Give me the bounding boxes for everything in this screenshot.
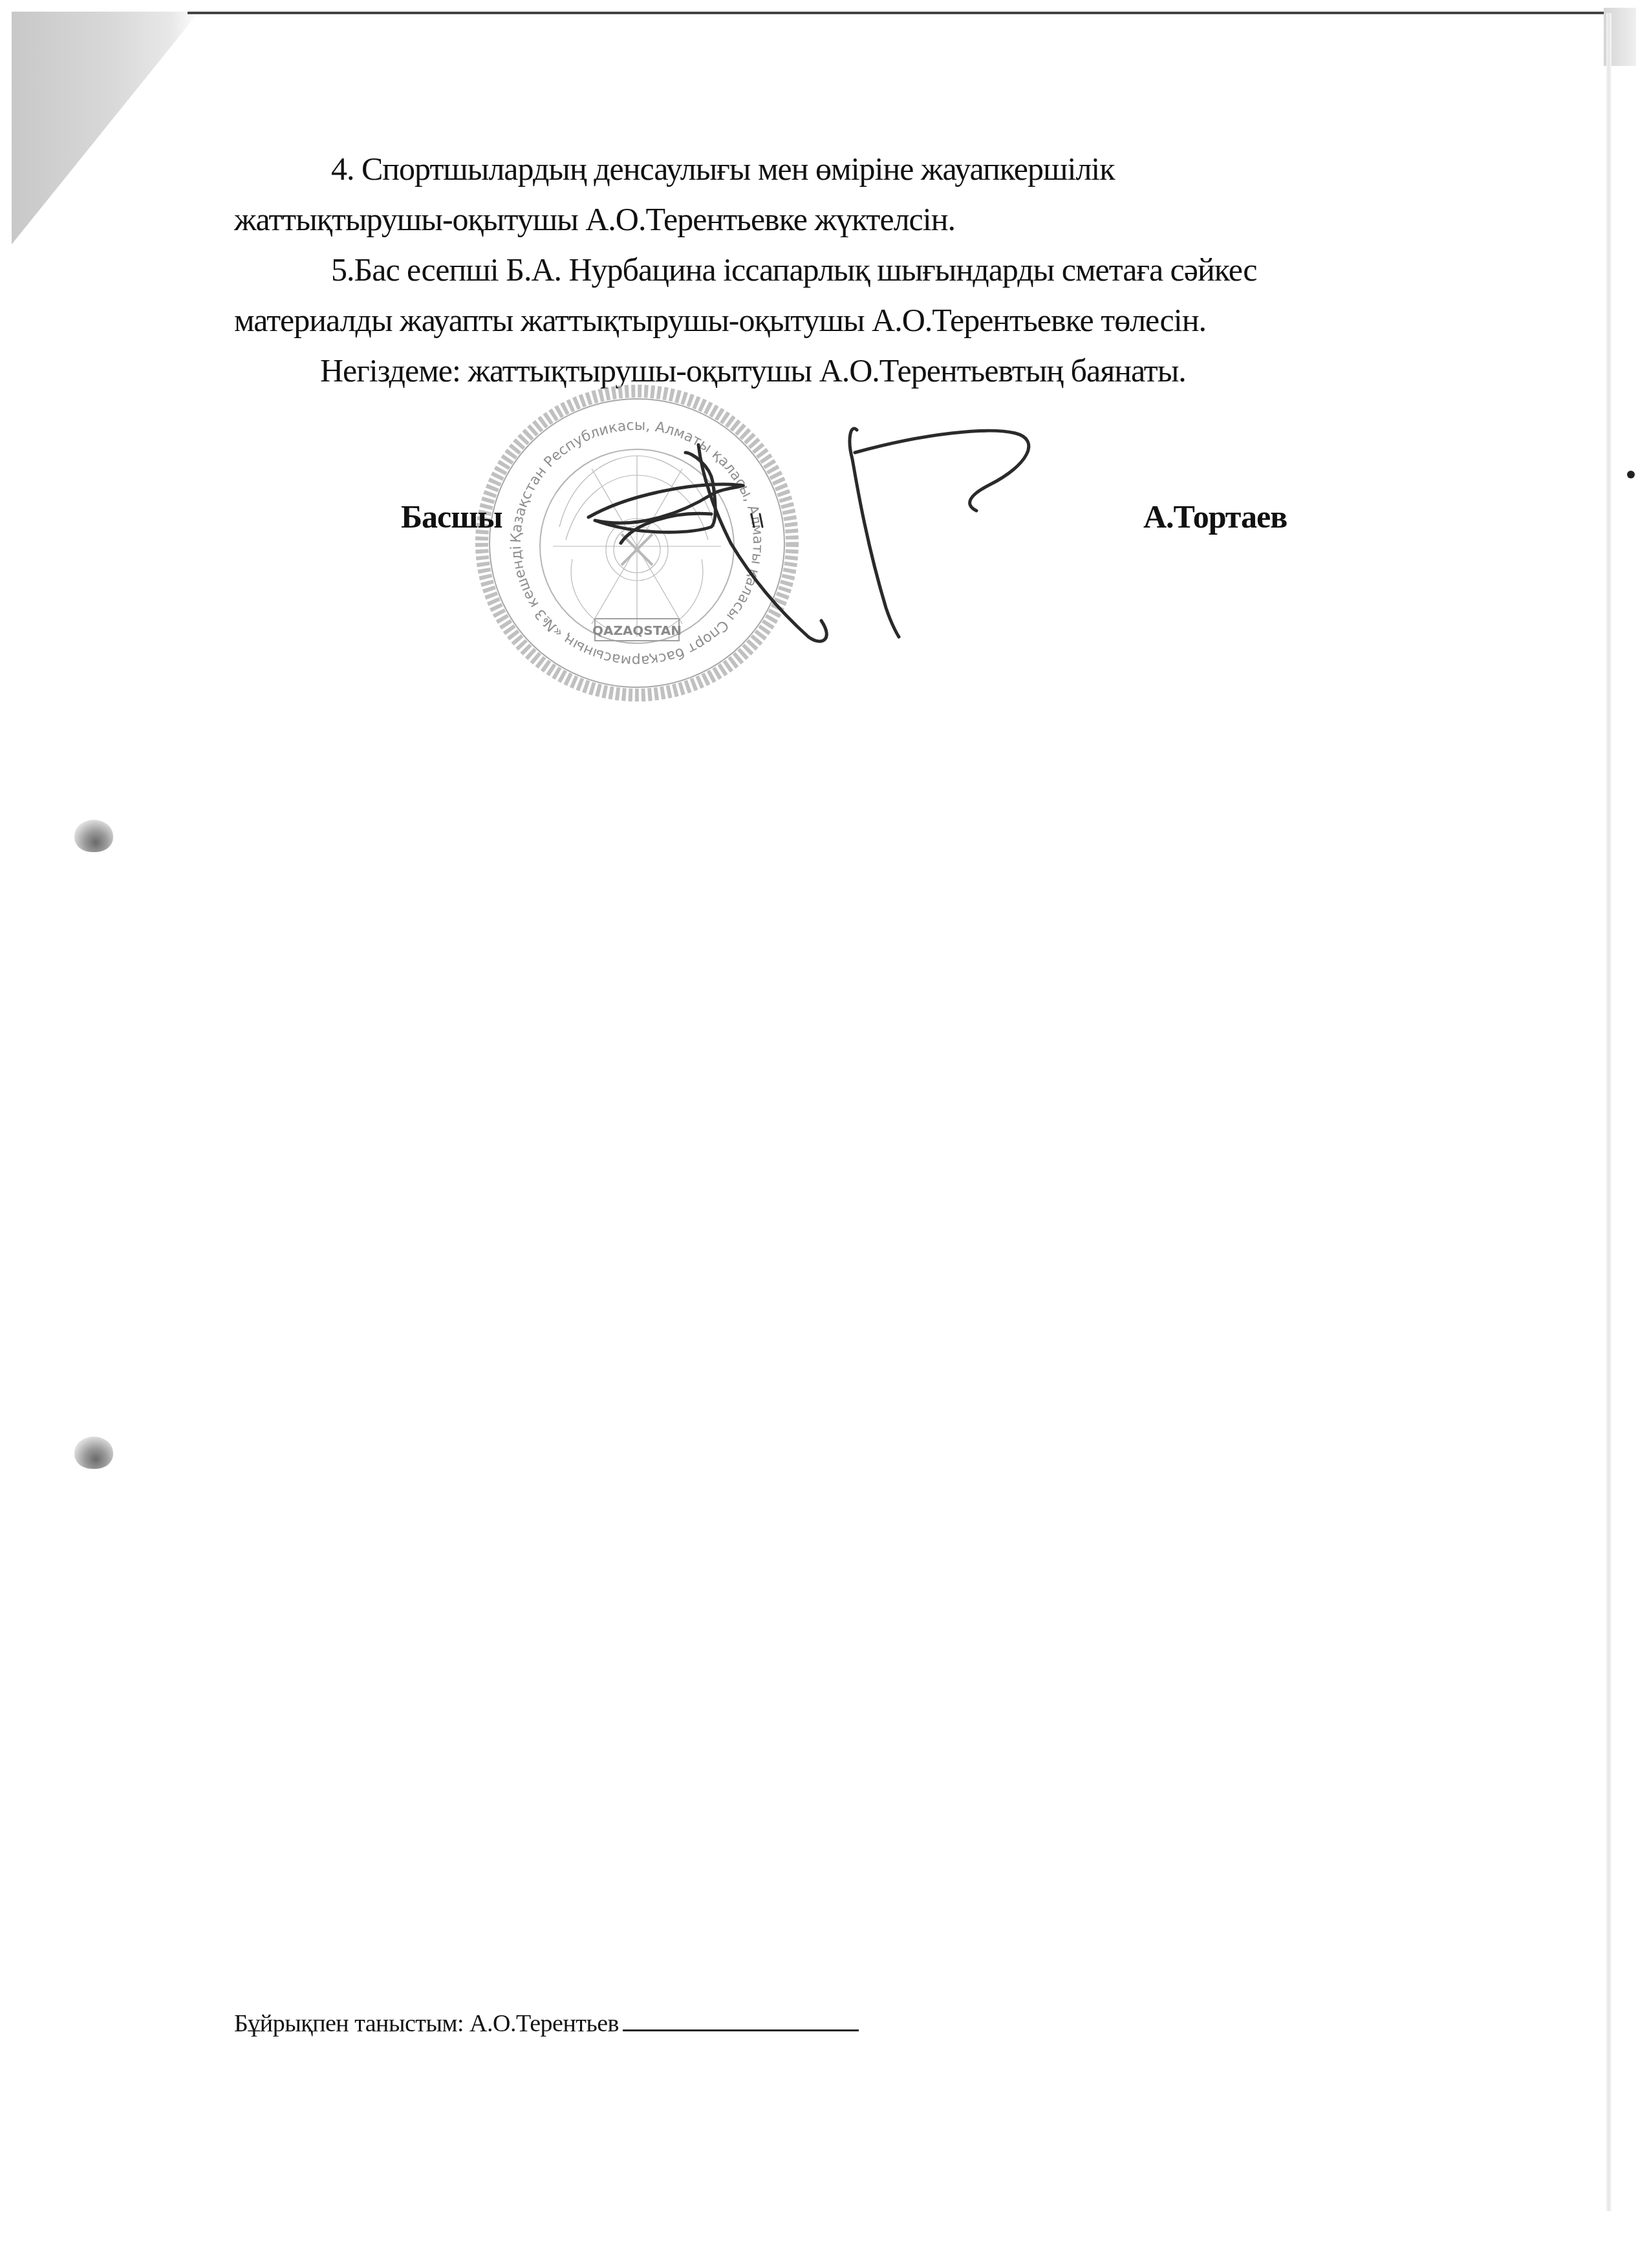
scan-right-edge (1606, 13, 1611, 2211)
signatory-name: А.Тортаев (1143, 498, 1287, 535)
paragraph-item-5-line-2: материалды жауапты жаттықтырушы-оқытушы … (234, 304, 1206, 336)
punch-hole-top (74, 820, 113, 852)
paragraph-basis: Негіздеме: жаттықтырушы-оқытушы А.О.Тере… (320, 354, 1186, 387)
paragraph-item-4-line-2: жаттықтырушы-оқытушы А.О.Терентьевке жүк… (234, 203, 955, 235)
scan-shadow (12, 12, 199, 244)
paragraph-item-4-line-1: 4. Спортшылардың денсаулығы мен өміріне … (331, 153, 1115, 185)
paragraph-item-5-line-1: 5.Бас есепші Б.А. Нурбацина іссапарлық ш… (331, 253, 1256, 286)
acknowledgement-line: Бұйрықпен таныстым: А.О.Терентьев (234, 2009, 859, 2038)
punch-hole-bottom (74, 1437, 113, 1469)
acknowledgement-signature-blank (623, 2029, 859, 2031)
acknowledgement-label: Бұйрықпен таныстым: А.О.Терентьев (234, 2010, 619, 2037)
scan-top-edge (188, 12, 1610, 14)
handwritten-signature (563, 414, 1067, 659)
signatory-title: Басшы (401, 498, 502, 535)
scanned-document-page: 4. Спортшылардың денсаулығы мен өміріне … (0, 0, 1649, 2268)
scan-speck (1627, 471, 1635, 478)
